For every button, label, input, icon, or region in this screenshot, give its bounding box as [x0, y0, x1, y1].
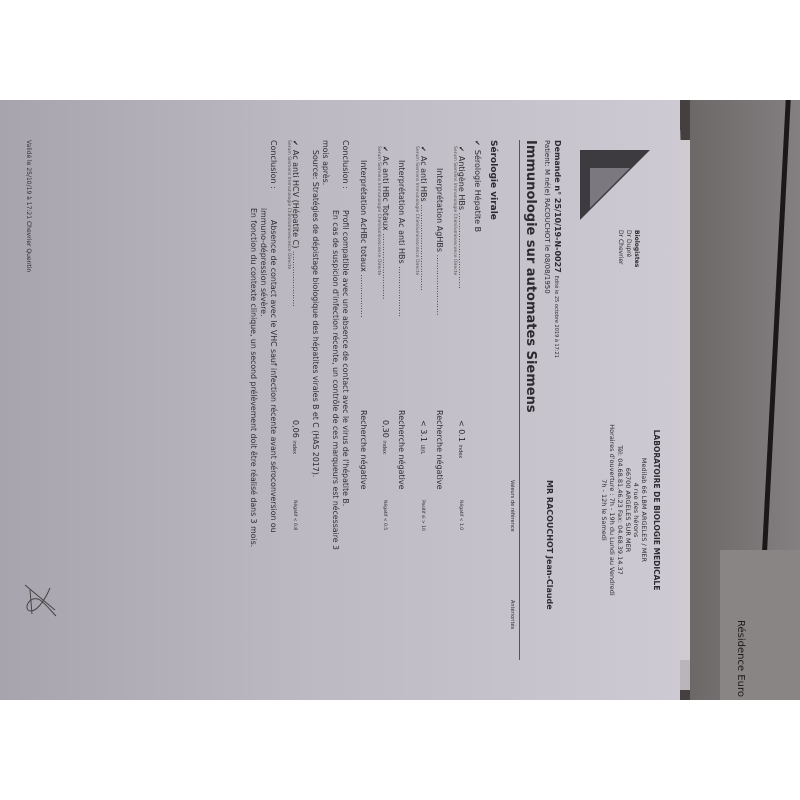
- result-value: Recherche négative: [397, 410, 406, 490]
- value-text: 0,30: [381, 420, 390, 438]
- result-name: Interprétation Ac anti HBs .............…: [397, 160, 406, 317]
- lab-address-line: Tél: 04.68.81.46.23 Fax: 04.68.39.14.37: [616, 360, 624, 660]
- result-reference: Positif si > 10: [420, 500, 425, 531]
- lab-name: LABORATOIRE DE BIOLOGIE MEDICALE: [652, 360, 660, 660]
- conclusion-label: Conclusion :: [341, 140, 350, 189]
- conclusion-hepatitis-b: Profil compatible avec une absence de co…: [310, 210, 350, 650]
- conclusion-line: immuno-dépression sévère.: [258, 208, 268, 660]
- result-row: ✔Ac anti HBs ...........................…: [414, 146, 428, 291]
- result-value: 0,30 index: [381, 420, 390, 454]
- validation-line: Validé le 25/10/19 à 17:21 Chevrier Quen…: [25, 140, 32, 272]
- patient-name: MR RACOUCHOT Jean-Claude: [545, 480, 554, 610]
- result-row-hcv: ✔Ac anti HCV (Hépatite C) ..............…: [286, 140, 300, 307]
- lab-header: LABORATOIRE DE BIOLOGIE MEDICALE Medilab…: [600, 360, 660, 660]
- result-reference: Négatif < 1.0: [458, 500, 463, 530]
- background-card-text: Résidence Euro: [735, 620, 746, 697]
- conclusion-line: En fonction du contexte clinique, un sec…: [248, 208, 258, 660]
- check-icon: ✔: [291, 140, 299, 146]
- conclusion-line: mois après.: [320, 140, 330, 650]
- check-icon: ✔: [419, 146, 427, 152]
- conclusion-line: Profil compatible avec une absence de co…: [340, 210, 350, 650]
- unit-text: index: [381, 440, 387, 454]
- result-row: Interprétation AgHBs ...................…: [435, 168, 444, 316]
- lab-address-line: 66700 ARGELES SUR MER: [624, 360, 632, 660]
- background-card: [720, 550, 800, 700]
- value-text: 0,06: [291, 420, 300, 438]
- value-text: < 0.1: [457, 420, 466, 442]
- biologist-name: Dr Dupré: [624, 230, 632, 267]
- unit-text: UI/L: [419, 445, 425, 455]
- patient-line: Patient: M né(e) RACOUCHOT le 08/08/1950: [543, 140, 551, 294]
- divider: [519, 140, 520, 660]
- group-label: Sérologie Hépatite B: [473, 150, 482, 232]
- reference-column-header: Valeurs de référence: [509, 480, 515, 532]
- result-value: < 0.1 index: [457, 420, 466, 458]
- result-name: Interprétation AgHBs ...................…: [435, 168, 444, 316]
- result-name: Antigène HBs ...........................…: [457, 156, 466, 289]
- result-value: Recherche négative: [359, 410, 368, 490]
- group-title: ✔Sérologie Hépatite B: [473, 140, 482, 232]
- check-icon: ✔: [381, 146, 389, 152]
- biologists-block: Biologistes Dr Dupré Dr Chevrier: [616, 230, 640, 267]
- unit-text: index: [291, 440, 297, 454]
- result-value: Recherche négative: [435, 410, 444, 490]
- result-value: 0,06 index: [291, 420, 300, 454]
- lab-address-line: Medilab 66 LBM ARGELES / MER: [640, 360, 648, 660]
- signature-icon: [20, 580, 60, 620]
- result-reference: Négatif < 0.5: [382, 500, 387, 530]
- check-icon: ✔: [457, 146, 465, 152]
- result-row: ✔Ac anti HBc Totaux ....................…: [376, 146, 390, 299]
- result-reference: Négatif < 0.8: [292, 500, 297, 530]
- result-row: ✔Antigène HBs ..........................…: [452, 146, 466, 289]
- conclusion-line: Source: Stratégies de dépistage biologiq…: [310, 150, 320, 650]
- lab-report-page: Biologistes Dr Dupré Dr Chevrier LABORAT…: [0, 100, 680, 700]
- section-title: Immunologie sur automates Siemens: [523, 140, 538, 413]
- result-method: Serum Siemens Immunologie Chimiluminesce…: [414, 146, 419, 291]
- conclusion-line: En cas de suspicion d'infection récente,…: [330, 210, 340, 650]
- result-row: Interprétation AcHBc totaux ............…: [359, 160, 368, 318]
- biologist-name: Dr Chevrier: [616, 230, 624, 267]
- lab-address-line: 4 rue des hérons: [632, 360, 640, 660]
- lab-address-line: Horaires d'ouverture : 7h - 19h du Lundi…: [608, 360, 616, 660]
- biologists-heading: Biologistes: [632, 230, 640, 267]
- result-method: Serum Siemens Immunologie Chimiluminesce…: [452, 146, 457, 289]
- result-name: Ac anti HCV (Hépatite C) ...............…: [291, 150, 300, 307]
- result-name: Ac anti HBc Totaux .....................…: [381, 156, 390, 300]
- request-number: Demande n° 25/10/19-N-0027 Edité le 25 o…: [553, 140, 562, 358]
- result-value: < 3.1 UI/L: [419, 420, 428, 454]
- conclusion-line: Absence de contact avec le VHC sauf infe…: [268, 220, 278, 660]
- lab-logo-icon: [580, 150, 650, 220]
- request-edited-date: Edité le 25 octobre 2019 à 17:21: [553, 276, 559, 358]
- lab-address-line: 7h - 12h le Samedi: [600, 360, 608, 660]
- conclusion-label: Conclusion :: [269, 140, 278, 189]
- result-row: Interprétation Ac anti HBs .............…: [397, 160, 406, 317]
- unit-text: index: [457, 445, 463, 459]
- previous-column-header: Antériorités: [509, 600, 515, 629]
- photo-background: Résidence Euro Biologistes Dr Dupré Dr C…: [0, 100, 800, 700]
- result-name: Interprétation AcHBc totaux ............…: [359, 160, 368, 318]
- lab-report: Biologistes Dr Dupré Dr Chevrier LABORAT…: [0, 120, 680, 680]
- subsection-title: Sérologie virale: [488, 140, 498, 220]
- request-label: Demande n° 25/10/19-N-0027: [553, 140, 562, 273]
- conclusion-hepatitis-c: Absence de contact avec le VHC sauf infe…: [248, 220, 278, 660]
- value-text: < 3.1: [419, 420, 428, 442]
- check-icon: ✔: [473, 140, 481, 146]
- result-name: Ac anti HBs ............................…: [419, 156, 428, 291]
